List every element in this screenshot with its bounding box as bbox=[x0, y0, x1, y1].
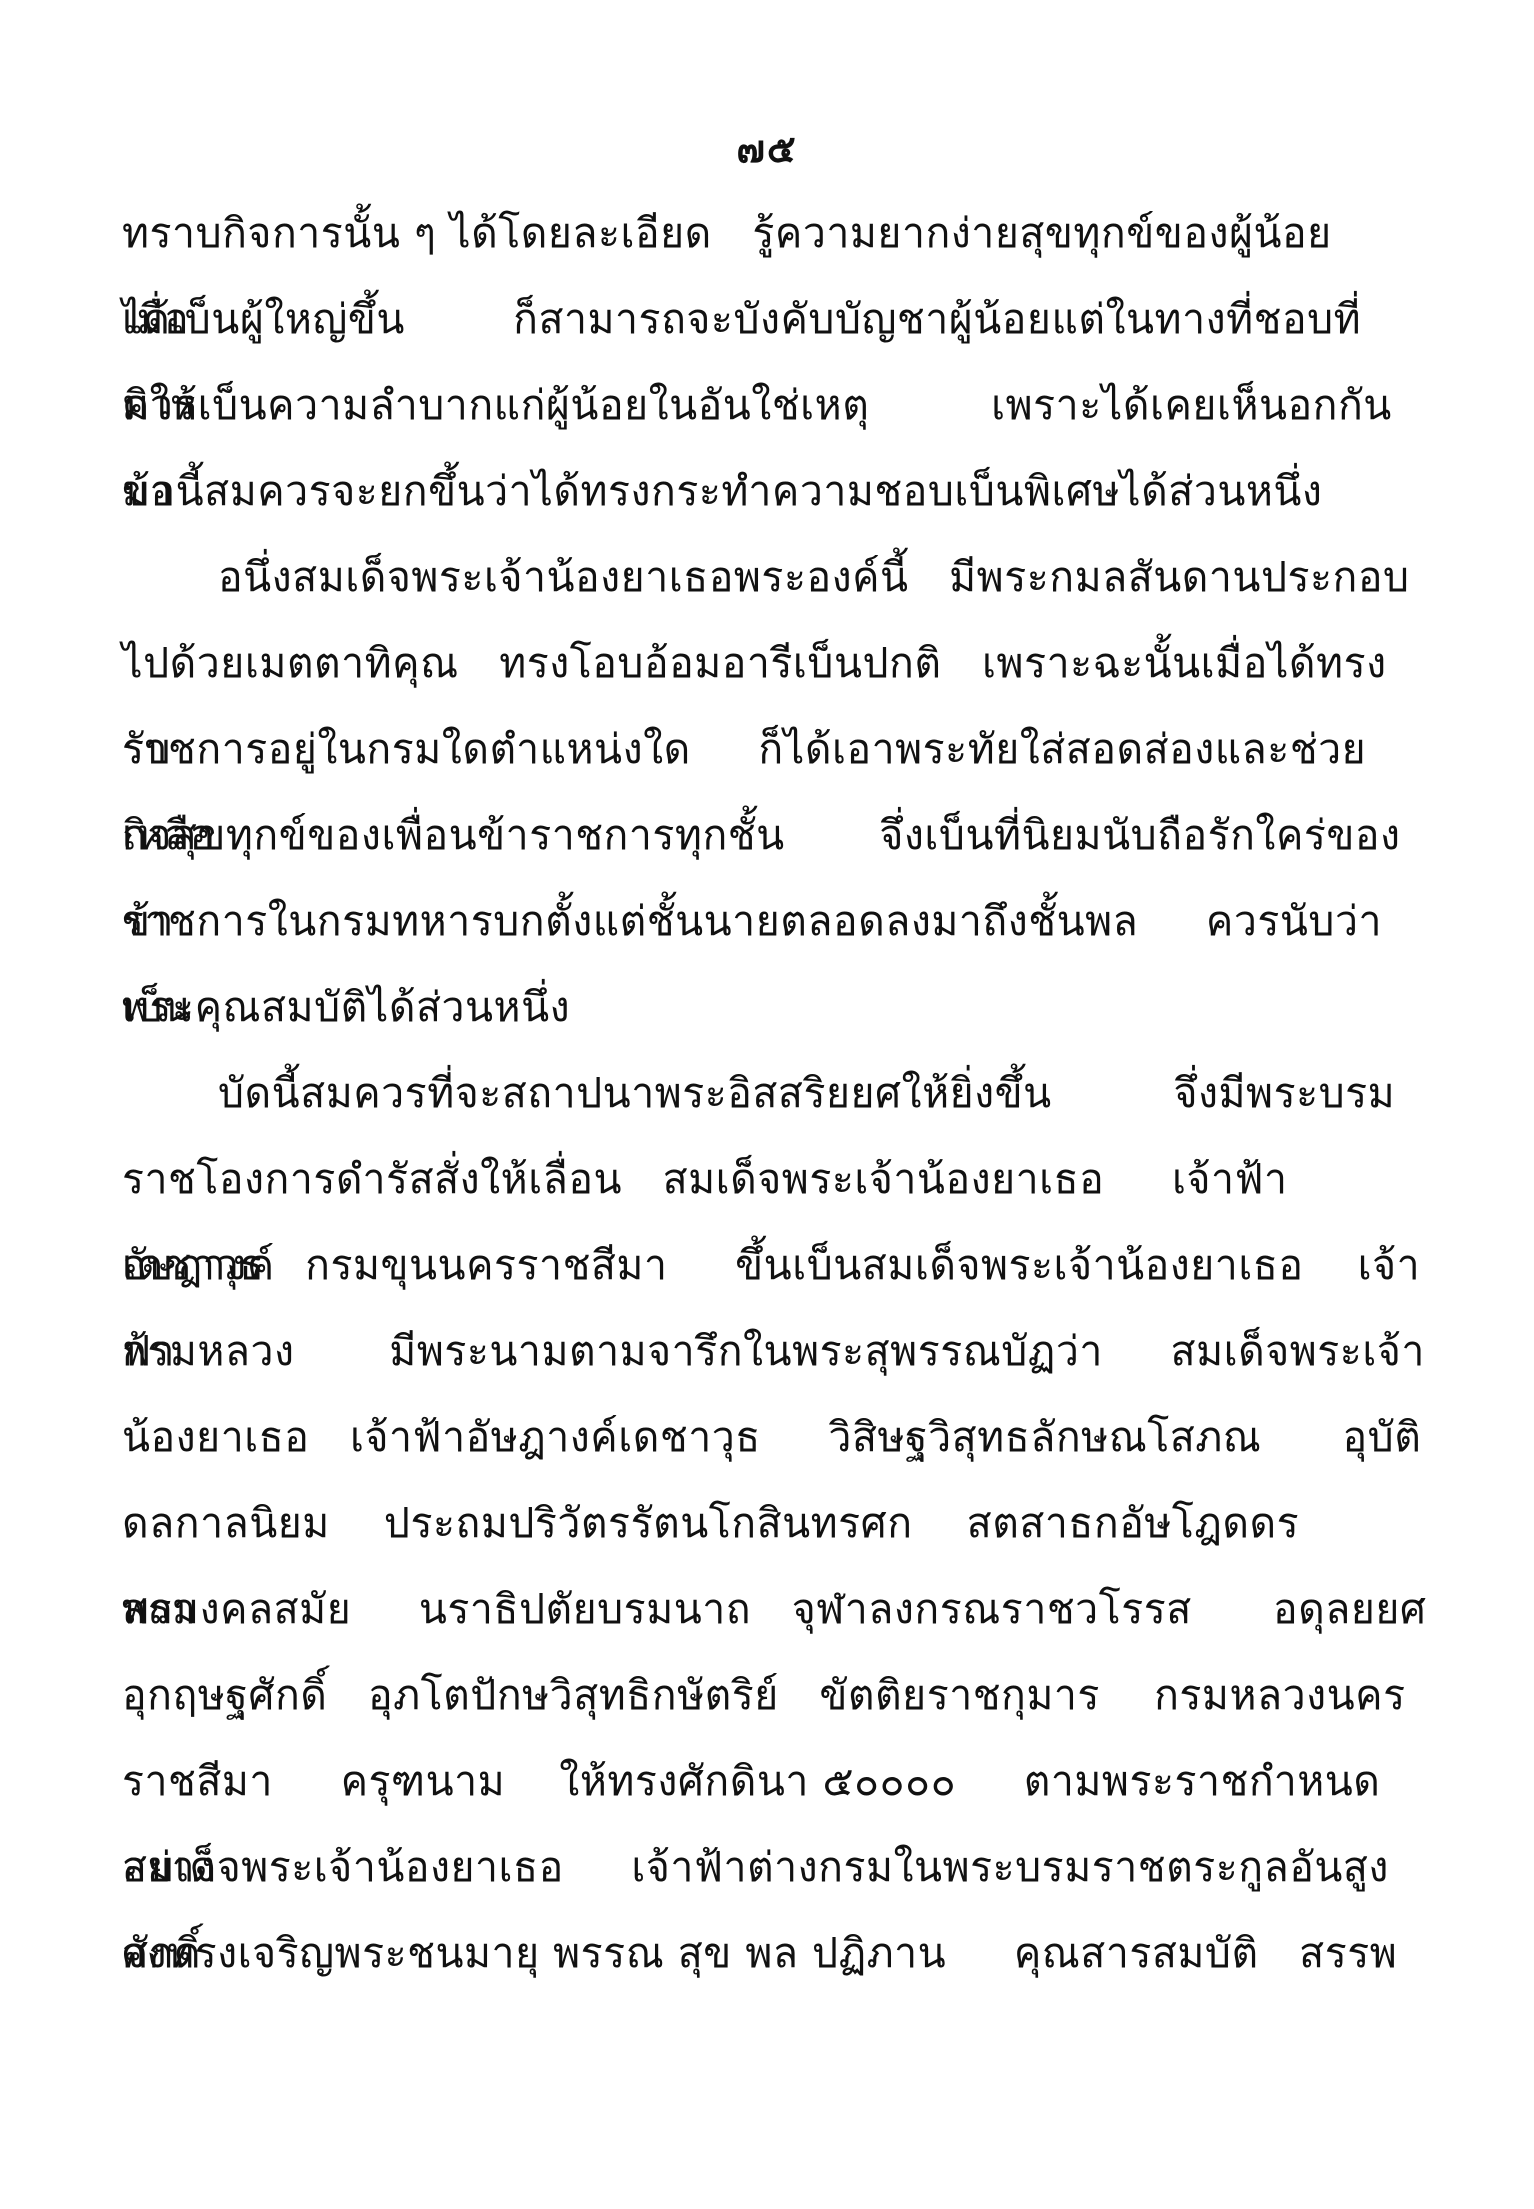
text-line: บัดนี้สมควรที่จะสถาปนาพระอิสสริยยศให้ยิ่… bbox=[122, 1050, 1428, 1136]
text-line: ราชสีมา ครุฑนาม ให้ทรงศักดินา ๕๐๐๐๐ ตามพ… bbox=[122, 1738, 1428, 1824]
text-line: ได้เบ็นผู้ใหญ่ขึ้น ก็สามารถจะบังคับบัญชา… bbox=[122, 276, 1428, 362]
text-line: ข้อนี้สมควรจะยกขึ้นว่าได้ทรงกระทำความชอบ… bbox=[122, 448, 1428, 534]
paragraph-1: ทราบกิจการนั้น ๆ ได้โดยละเอียด รู้ความยา… bbox=[122, 190, 1428, 534]
page-number: ๗๕ bbox=[0, 118, 1534, 179]
paragraph-2: อนึ่งสมเด็จพระเจ้าน้องยาเธอพระองค์นี้ มี… bbox=[122, 534, 1428, 1050]
text-line: ไปด้วยเมตตาทิคุณ ทรงโอบอ้อมอารีเบ็นปกติ … bbox=[122, 620, 1428, 706]
text-line: พรมงคลสมัย นราธิปตัยบรมนาถ จุฬาลงกรณราชว… bbox=[122, 1566, 1428, 1652]
text-line: กิจสุขทุกข์ของเพื่อนข้าราชการทุกชั้น จึ่… bbox=[122, 792, 1428, 878]
text-line: พระคุณสมบัติได้ส่วนหนึ่ง bbox=[122, 964, 1428, 1050]
text-line: ราชการอยู่ในกรมใดตำแหน่งใด ก็ได้เอาพระทั… bbox=[122, 706, 1428, 792]
text-line: ดลกาลนิยม ประถมปริวัตรรัตนโกสินทรศก สตสา… bbox=[122, 1480, 1428, 1566]
text-line: ราชโองการดำรัสสั่งให้เลื่อน สมเด็จพระเจ้… bbox=[122, 1136, 1428, 1222]
text-line: อุกฤษฐศักดิ์ อุภโตปักษวิสุทธิกษัตริย์ ขั… bbox=[122, 1652, 1428, 1738]
text-line: อนึ่งสมเด็จพระเจ้าน้องยาเธอพระองค์นี้ มี… bbox=[122, 534, 1428, 620]
text-line: ทราบกิจการนั้น ๆ ได้โดยละเอียด รู้ความยา… bbox=[122, 190, 1428, 276]
text-line: ราชการในกรมทหารบกตั้งแต่ชั้นนายตลอดลงมาถ… bbox=[122, 878, 1428, 964]
text-line: มิให้เบ็นความลำบากแก่ผู้น้อยในอันใช่เหตุ… bbox=[122, 362, 1428, 448]
text-line: น้องยาเธอ เจ้าฟ้าอัษฎางค์เดชาวุธ วิสิษฐว… bbox=[122, 1394, 1428, 1480]
paragraph-3: บัดนี้สมควรที่จะสถาปนาพระอิสสริยยศให้ยิ่… bbox=[122, 1050, 1428, 1996]
scanned-page: ๗๕ ทราบกิจการนั้น ๆ ได้โดยละเอียด รู้ควา… bbox=[0, 0, 1534, 2209]
text-line: สมเด็จพระเจ้าน้องยาเธอ เจ้าฟ้าต่างกรมในพ… bbox=[122, 1824, 1428, 1910]
text-line: จงทรงเจริญพระชนมายุ พรรณ สุข พล ปฏิภาน ค… bbox=[122, 1910, 1428, 1996]
text-line: กรมหลวง มีพระนามตามจารึกในพระสุพรรณบัฏว่… bbox=[122, 1308, 1428, 1394]
text-block: ทราบกิจการนั้น ๆ ได้โดยละเอียด รู้ความยา… bbox=[122, 190, 1428, 1996]
text-line: เดชาวุธ กรมขุนนครราชสีมา ขึ้นเบ็นสมเด็จพ… bbox=[122, 1222, 1428, 1308]
